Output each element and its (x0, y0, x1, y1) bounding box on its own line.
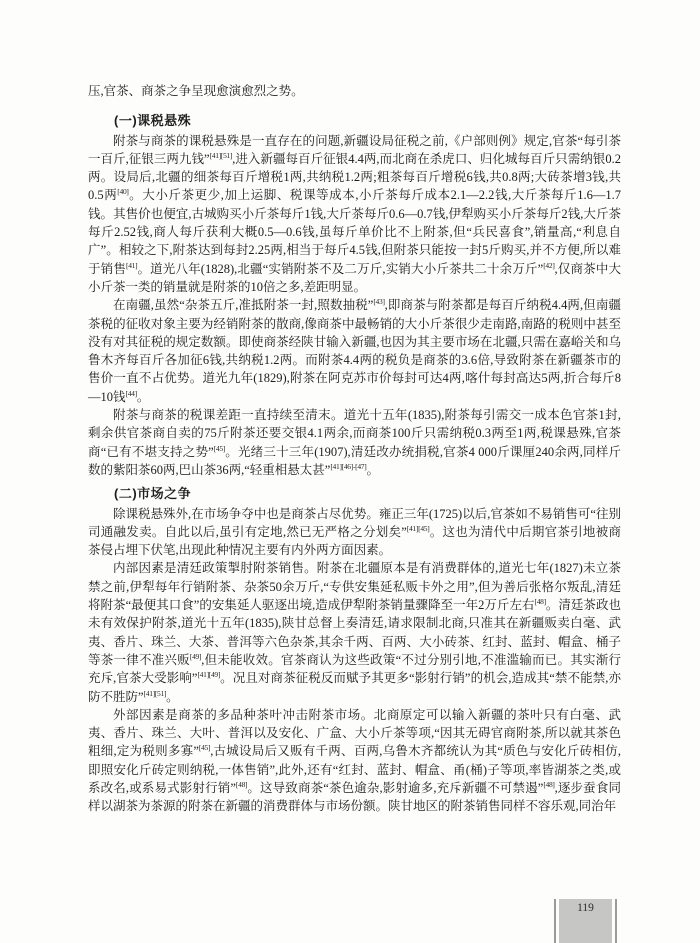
scanned-book-page: 压,官茶、商茶之争呈现愈演愈烈之势。 (一)课税悬殊 附茶与商茶的课税悬殊是一直… (0, 0, 700, 943)
paragraph: 在南疆,虽然“杂茶五斤,准抵附茶一封,照数抽税”[43],即商茶与附茶都是每百斤… (88, 296, 621, 406)
paragraph: 除课税悬殊外,在市场争夺中也是商茶占尽优势。雍正三年(1725)以后,官茶如不易… (88, 505, 621, 560)
text-block: 压,官茶、商茶之争呈现愈演愈烈之势。 (一)课税悬殊 附茶与商茶的课税悬殊是一直… (88, 82, 621, 816)
page-footer: 119 (554, 899, 617, 943)
paragraph: 附茶与商茶的税课差距一直持续至清末。道光十五年(1835),附茶每引需交一成本色… (88, 406, 621, 479)
paragraph: 附茶与商茶的课税悬殊是一直存在的问题,新疆设局征税之前,《户部则例》规定,官茶“… (88, 132, 621, 297)
intro-line: 压,官茶、商茶之争呈现愈演愈烈之势。 (88, 82, 621, 100)
paragraph: 内部因素是清廷政策掣肘附茶销售。附茶在北疆原本是有消费群体的,道光七年(1827… (88, 559, 621, 705)
pagenum-rule-right (615, 899, 617, 943)
section-heading-1: (一)课税悬殊 (88, 112, 621, 130)
section-heading-2: (二)市场之争 (88, 485, 621, 503)
page-number: 119 (559, 899, 612, 943)
paragraph: 外部因素是商茶的多品种茶叶冲击附茶市场。北商原定可以输入新疆的茶叶只有白毫、武夷… (88, 706, 621, 816)
